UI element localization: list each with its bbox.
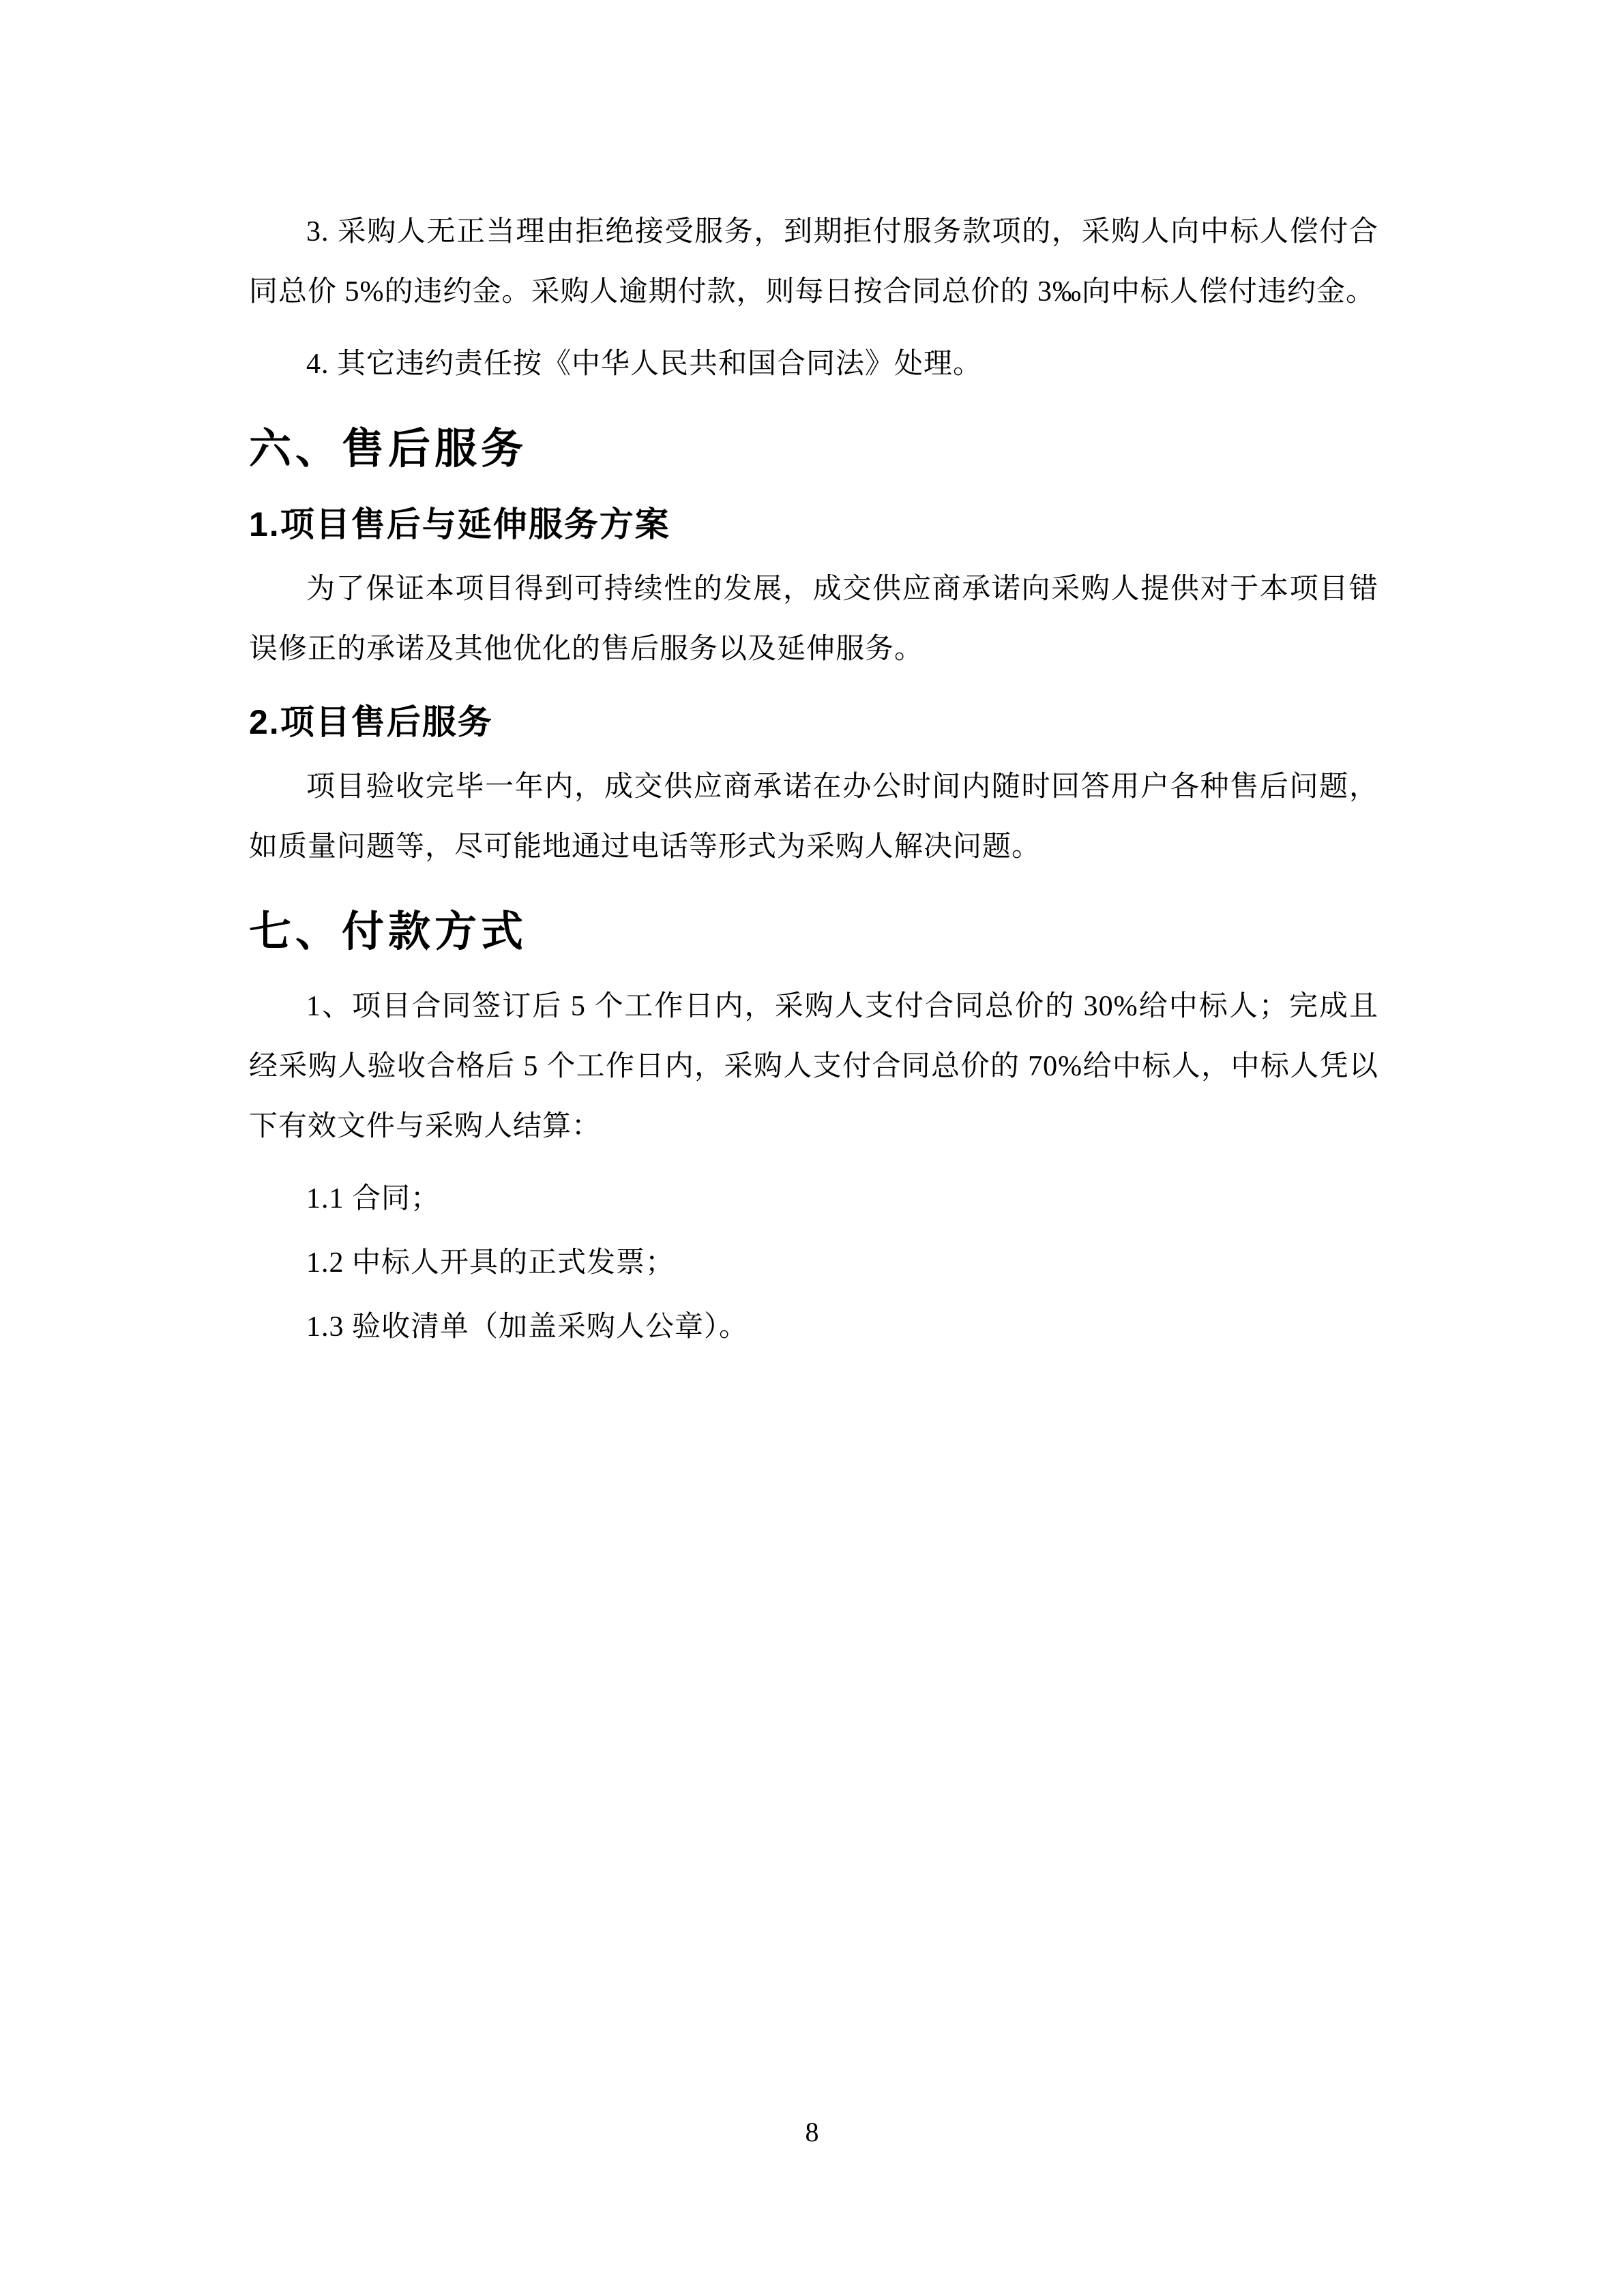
clause-4-paragraph: 4. 其它违约责任按《中华人民共和国合同法》处理。 — [249, 334, 1378, 394]
clause-3-paragraph: 3. 采购人无正当理由拒绝接受服务，到期拒付服务款项的，采购人向中标人偿付合同总… — [249, 202, 1378, 322]
section-6-heading: 六、售后服务 — [249, 412, 1378, 487]
document-page: 3. 采购人无正当理由拒绝接受服务，到期拒付服务款项的，采购人向中标人偿付合同总… — [0, 0, 1624, 2296]
section-6-sub1-paragraph: 为了保证本项目得到可持续性的发展，成交供应商承诺向采购人提供对于本项目错误修正的… — [249, 559, 1378, 679]
section-7-paragraph: 1、项目合同签订后 5 个工作日内，采购人支付合同总价的 30%给中标人；完成且… — [249, 976, 1378, 1157]
section-7-heading: 七、付款方式 — [249, 895, 1378, 970]
section-6-subheading-2: 2.项目售后服务 — [249, 691, 1378, 753]
settlement-item-contract: 1.1 合同； — [249, 1169, 1378, 1229]
settlement-item-acceptance-list: 1.3 验收清单（加盖采购人公章）。 — [249, 1297, 1378, 1357]
section-6-sub2-paragraph: 项目验收完毕一年内，成交供应商承诺在办公时间内随时回答用户各种售后问题，如质量问… — [249, 757, 1378, 877]
section-6-subheading-1: 1.项目售后与延伸服务方案 — [249, 494, 1378, 555]
page-number: 8 — [0, 2117, 1624, 2147]
settlement-item-invoice: 1.2 中标人开具的正式发票； — [249, 1233, 1378, 1293]
document-content: 3. 采购人无正当理由拒绝接受服务，到期拒付服务款项的，采购人向中标人偿付合同总… — [249, 0, 1378, 1361]
